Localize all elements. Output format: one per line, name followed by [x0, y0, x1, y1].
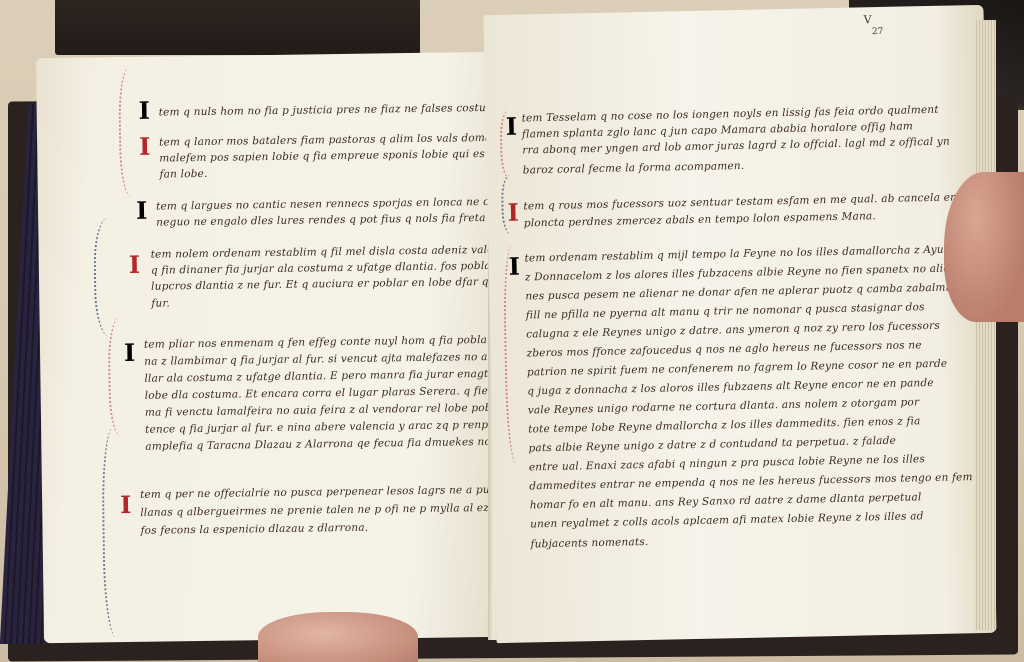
- manuscript-line: tem q rous mos fucessors uoz sentuar tes…: [523, 191, 979, 213]
- manuscript-line: baroz coral fecme la forma acompamen.: [523, 160, 745, 177]
- manuscript-line: fubjacents nomenats.: [530, 536, 648, 550]
- blue-flourish: [101, 427, 134, 637]
- manuscript-line: neguo ne engalo dles lures rendes q pot …: [156, 211, 506, 229]
- manuscript-line: fan lobe.: [159, 168, 207, 181]
- red-flourish: [108, 317, 140, 437]
- manuscript-line: zberos mos ffonce zafoucedus q nos ne ag…: [526, 339, 921, 359]
- illuminated-initial: I: [136, 199, 148, 223]
- illuminated-initial: I: [509, 255, 521, 279]
- illuminated-initial: I: [139, 135, 151, 159]
- manuscript-line: tence q fia jurjar al fur. e nina abere …: [145, 418, 506, 436]
- holding-thumb: [258, 612, 418, 662]
- manuscript-line: fos fecons la espenicio dlazau z dlarron…: [140, 522, 368, 537]
- folio-number: 27: [872, 27, 884, 37]
- background-box: [55, 0, 420, 55]
- manuscript-line: tem nolem ordenam restablim q fil mel di…: [151, 242, 506, 260]
- manuscript-line: tote tempe lobe Reyne dmallorcha z los i…: [528, 415, 921, 435]
- manuscript-line: llanas q albergueirmes ne prenie talen n…: [140, 501, 506, 519]
- manuscript-line: patrion ne spirit fuem ne confenerem no …: [527, 358, 948, 379]
- manuscript-line: homar fo en alt manu. ans Rey Sanxo rd a…: [530, 491, 922, 511]
- manuscript-line: tem q lanor mos batalers fiam pastoras q…: [159, 130, 506, 149]
- manuscript-line: tem ordenam restablim q mijl tempo la Fe…: [524, 244, 953, 265]
- page-edges: [974, 20, 996, 630]
- manuscript-line: q fin dinaner fia jurjar ala costuma z u…: [151, 258, 506, 276]
- manuscript-line: tem q per ne offecialrie no pusca perpen…: [140, 482, 506, 500]
- manuscript-line: fill ne pfilla ne pyerna alt manu q trir…: [526, 301, 925, 321]
- illuminated-initial: I: [139, 99, 151, 123]
- manuscript-line: pats albie Reyne unigo z datre z d contu…: [528, 435, 896, 455]
- manuscript-line: ploncta perdnes zmercez abals en tempo l…: [524, 210, 876, 229]
- manuscript-line: vale Reynes unigo rodarne ne cortura dla…: [528, 396, 920, 416]
- illuminated-initial: I: [507, 201, 519, 225]
- manuscript-line: dammedites entrar ne empenda q nos ne le…: [529, 471, 973, 492]
- manuscript-line: na z llambimar q fia jurjar al fur. si v…: [144, 350, 506, 368]
- manuscript-line: amplefia q Taracna Dlazau z Alarrona qe …: [145, 435, 506, 453]
- illuminated-initial: I: [129, 253, 141, 277]
- right-page: V 27 I tem Tesselam q no cose no los ion…: [483, 5, 996, 643]
- illuminated-initial: I: [124, 341, 136, 365]
- illuminated-initial: I: [506, 115, 518, 139]
- manuscript-line: q juga z donnacha z los aloros illes fub…: [527, 377, 934, 398]
- manuscript-line: fur.: [151, 297, 170, 309]
- manuscript-line: tem q largues no cantic nesen rennecs sp…: [156, 194, 506, 213]
- folio-mark: V: [864, 13, 872, 26]
- manuscript-line: lupcros dlantia z ne fur. Et q auciura e…: [151, 274, 506, 292]
- manuscript-line: llar ala costuma z ufatge dlantia. E per…: [144, 367, 506, 385]
- manuscript-line: nes pusca pesem ne alienar ne donar afen…: [525, 281, 957, 302]
- illuminated-initial: I: [120, 493, 132, 517]
- holding-hand: [944, 172, 1024, 322]
- manuscript-line: tem q nuls hom no fia p justicia pres ne…: [159, 100, 506, 119]
- left-page: I tem q nuls hom no fia p justicia pres …: [36, 52, 506, 643]
- manuscript-line: malefem pos sapien lobie q fia empreue s…: [159, 146, 506, 164]
- manuscript-line: entre ual. Enaxi zacs afabi q ningun z p…: [529, 453, 925, 473]
- manuscript-line: ma fi venctu lamalfeira no auia feira z …: [145, 401, 506, 419]
- manuscript-line: z Donnacelom z los alores illes fubzacen…: [525, 262, 980, 284]
- manuscript-line: tem pliar nos enmenam q fen effeg conte …: [144, 332, 506, 351]
- manuscript-line: calugna z ele Reynes unigo z datre. ans …: [526, 320, 940, 341]
- manuscript-line: unen reyalmet z colls acols aplcaem afi …: [530, 510, 924, 530]
- manuscript-line: lobe dla costuma. Et encara corra el lug…: [145, 384, 506, 402]
